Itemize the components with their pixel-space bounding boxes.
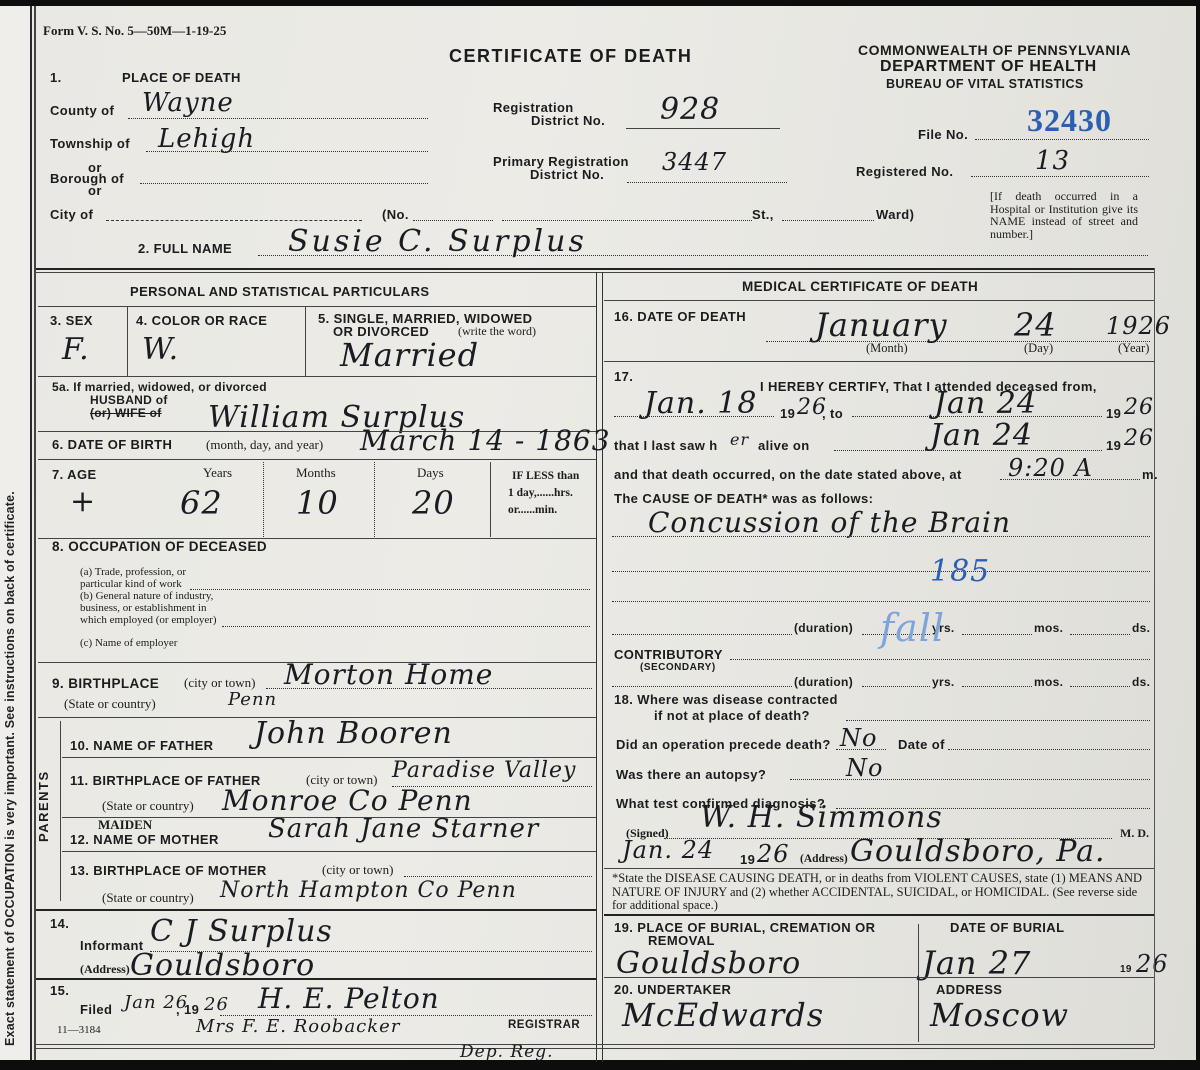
- row-line: [38, 306, 596, 307]
- birthplace-field[interactable]: Morton Home: [284, 658, 493, 691]
- registrar-label: REGISTRAR: [508, 1019, 580, 1031]
- street-number-field[interactable]: [413, 220, 493, 221]
- father-state-field[interactable]: Monroe Co Penn: [222, 784, 473, 817]
- margin-instructions: Exact statement of OCCUPATION is very im…: [0, 6, 32, 1060]
- occupation-label: 8. OCCUPATION OF DECEASED: [52, 539, 267, 554]
- full-name-label: 2. FULL NAME: [138, 241, 232, 256]
- hospital-note: [If death occurred in a Hospital or Inst…: [990, 190, 1138, 240]
- informant-address-label: (Address): [80, 962, 130, 977]
- cause-code-annotation: 185: [930, 554, 990, 589]
- burial-date-label: DATE OF BURIAL: [950, 920, 1064, 935]
- physician-signature[interactable]: W. H. Simmons: [700, 800, 943, 835]
- or-label-2: or: [88, 183, 102, 198]
- row-line: [604, 300, 1154, 301]
- row-line: [36, 909, 596, 911]
- duration-ds-field[interactable]: [1070, 634, 1130, 635]
- duration-ds-field-2[interactable]: [1070, 686, 1130, 687]
- city-label: City of: [50, 207, 93, 222]
- cause-line-2: [612, 571, 1150, 572]
- duration-mos-field[interactable]: [962, 634, 1032, 635]
- bottom-line-2: [36, 1048, 1154, 1049]
- cause-label: The CAUSE OF DEATH* was as follows:: [614, 491, 873, 506]
- mother-birthplace-field[interactable]: [404, 876, 592, 877]
- mother-birthplace-label: 13. BIRTHPLACE OF MOTHER: [70, 863, 267, 878]
- township-field[interactable]: Lehigh: [158, 124, 255, 154]
- township-label: Township of: [50, 136, 130, 151]
- frame-line: [34, 6, 36, 1060]
- row-line: [604, 868, 1154, 869]
- occupation-b-field[interactable]: [222, 626, 590, 627]
- informant-field[interactable]: C J Surplus: [150, 914, 333, 949]
- row-line: [38, 459, 596, 460]
- borough-field[interactable]: [140, 183, 428, 184]
- undertaker-address-label: ADDRESS: [936, 982, 1002, 997]
- burial-column-line: [918, 924, 919, 1042]
- column-line: [127, 306, 128, 376]
- occupation-b-label-2: business, or establishment in: [80, 602, 207, 614]
- occupation-a-label-1: (a) Trade, profession, or: [80, 566, 186, 578]
- duration-line: [612, 634, 792, 635]
- birthplace-state-label: (State or country): [64, 696, 156, 712]
- place-of-death-number: 1.: [50, 70, 62, 85]
- duration-yrs-field-2[interactable]: [862, 686, 930, 687]
- last-saw-label-2: alive on: [758, 438, 810, 453]
- row-line: [62, 851, 596, 852]
- attended-to-field[interactable]: Jan 24: [934, 386, 1037, 421]
- spouse-label-3: (or) WIFE of: [90, 406, 162, 420]
- autopsy-field[interactable]: No: [846, 754, 883, 782]
- age-months-label: Months: [296, 465, 336, 481]
- file-no-stamp: 32430: [1027, 102, 1112, 139]
- day-caption: (Day): [1024, 341, 1053, 356]
- parents-column-line: [60, 721, 61, 901]
- q18-label-1: 18. Where was disease contracted: [614, 692, 838, 707]
- undertaker-address-field[interactable]: Moscow: [930, 996, 1069, 1034]
- parents-side-label: PARENTS: [36, 770, 51, 842]
- occupation-a-field[interactable]: [190, 589, 590, 590]
- margin-note: Exact statement of OCCUPATION is very im…: [4, 491, 17, 1046]
- operation-label: Did an operation precede death?: [616, 737, 831, 752]
- cause-field[interactable]: Concussion of the Brain: [648, 506, 1011, 539]
- bottom-note: Dep. Reg.: [460, 1042, 554, 1062]
- q18-label-2: if not at place of death?: [654, 708, 810, 723]
- last-saw-date-field[interactable]: Jan 24: [930, 418, 1033, 453]
- age-less-label-2: 1 day,......hrs.: [508, 487, 573, 499]
- registered-no-field[interactable]: 13: [1035, 146, 1070, 176]
- certify-text: I HEREBY CERTIFY, That I attended deceas…: [760, 379, 1097, 394]
- county-field[interactable]: Wayne: [142, 88, 234, 118]
- registration-district-line: [626, 128, 780, 129]
- duration-mos-field-2[interactable]: [962, 686, 1032, 687]
- issuer-line-1: COMMONWEALTH OF PENNSYLVANIA: [858, 42, 1131, 58]
- spouse-label-2: HUSBAND of: [90, 393, 168, 407]
- filed-label: Filed: [80, 1002, 112, 1017]
- ward-field[interactable]: [782, 220, 874, 221]
- signed-year-prefix: 19: [740, 852, 755, 867]
- month-caption: (Month): [866, 341, 908, 356]
- column-line: [263, 462, 265, 537]
- attended-to-year-prefix: 19: [1106, 406, 1121, 421]
- dob-sublabel: (month, day, and year): [206, 437, 323, 453]
- occupation-a-label-2: particular kind of work: [80, 578, 182, 590]
- primary-district-label-2: District No.: [530, 167, 604, 182]
- death-time-suffix: m.: [1142, 467, 1158, 482]
- deputy-note: Mrs F. E. Roobacker: [196, 1016, 400, 1037]
- registration-district-label-2: District No.: [531, 113, 605, 128]
- occupation-b-label-1: (b) General nature of industry,: [80, 590, 213, 602]
- section-divider: [36, 268, 1154, 270]
- secondary-label: (SECONDARY): [640, 662, 716, 673]
- street-number-label: (No.: [382, 207, 409, 222]
- age-less-label-3: or......min.: [508, 504, 557, 516]
- ds-label: ds.: [1132, 621, 1150, 635]
- right-border: [1154, 268, 1155, 1048]
- contributory-field[interactable]: [730, 659, 1150, 660]
- age-days-field[interactable]: 20: [412, 484, 455, 522]
- page-title: CERTIFICATE OF DEATH: [449, 46, 692, 67]
- mother-state-field[interactable]: North Hampton Co Penn: [220, 878, 517, 903]
- age-label: 7. AGE: [52, 467, 97, 482]
- registered-no-line: [971, 176, 1149, 177]
- duration-label: (duration): [794, 621, 853, 635]
- sex-field[interactable]: F.: [62, 332, 90, 367]
- duration-line-2: [612, 686, 792, 687]
- form-number: Form V. S. No. 5—50M—1-19-25: [43, 23, 226, 39]
- issuer-line-2: DEPARTMENT OF HEALTH: [880, 58, 1097, 76]
- center-divider-2: [602, 272, 603, 1062]
- ward-label: Ward): [876, 207, 914, 222]
- center-divider: [596, 272, 597, 1062]
- registrar-signature[interactable]: H. E. Pelton: [258, 982, 440, 1015]
- physician-address-field[interactable]: Gouldsboro, Pa.: [850, 834, 1106, 869]
- cause-note-annotation: fall: [880, 606, 945, 650]
- sex-label: 3. SEX: [50, 313, 93, 328]
- burial-place-field[interactable]: Gouldsboro: [616, 946, 801, 981]
- registration-district-field[interactable]: 928: [660, 92, 720, 127]
- autopsy-label: Was there an autopsy?: [616, 767, 766, 782]
- mother-birthplace-sublabel: (city or town): [322, 862, 393, 878]
- section-divider-2: [36, 272, 1154, 273]
- signed-date-field[interactable]: Jan. 24: [622, 836, 714, 864]
- issuer-line-3: BUREAU OF VITAL STATISTICS: [886, 77, 1084, 91]
- age-years-label: Years: [203, 465, 232, 481]
- city-field[interactable]: [106, 220, 362, 221]
- column-line: [374, 462, 376, 537]
- filed-year-prefix: , 19: [176, 1002, 199, 1017]
- last-saw-year-field[interactable]: 26: [1124, 426, 1154, 451]
- street-field[interactable]: [502, 220, 752, 221]
- bottom-line: [36, 1044, 1154, 1045]
- father-label: 10. NAME OF FATHER: [70, 738, 213, 753]
- county-line: [128, 118, 428, 119]
- place-of-death-heading: PLACE OF DEATH: [122, 70, 241, 85]
- age-days-label: Days: [417, 465, 444, 481]
- death-time-label: and that death occurred, on the date sta…: [614, 467, 962, 482]
- attended-to-year-field[interactable]: 26: [1124, 395, 1154, 420]
- occupation-c-label: (c) Name of employer: [80, 637, 177, 649]
- operation-date-label: Date of: [898, 737, 945, 752]
- birthplace-state-field[interactable]: Penn: [228, 689, 277, 710]
- cause-line-3: [612, 601, 1150, 602]
- medical-heading: MEDICAL CERTIFICATE OF DEATH: [742, 279, 978, 294]
- q18-field[interactable]: [846, 720, 1150, 721]
- column-line: [490, 462, 491, 537]
- burial-year-prefix: 19: [1120, 964, 1132, 975]
- full-name-field[interactable]: Susie C. Surplus: [288, 224, 587, 259]
- physician-address-label: (Address): [800, 853, 848, 865]
- filing-number: 15.: [50, 983, 69, 998]
- signed-year-field[interactable]: 26: [757, 840, 790, 868]
- mother-label: 12. NAME OF MOTHER: [70, 832, 219, 847]
- marital-status-field[interactable]: Married: [340, 336, 479, 374]
- county-label: County of: [50, 103, 114, 118]
- burial-year-field[interactable]: 26: [1136, 950, 1169, 978]
- operation-date-field[interactable]: [948, 749, 1150, 750]
- undertaker-label: 20. UNDERTAKER: [614, 982, 731, 997]
- death-certificate: Exact statement of OCCUPATION is very im…: [0, 6, 1196, 1060]
- autopsy-line: [790, 779, 1150, 780]
- contributory-label: CONTRIBUTORY: [614, 647, 723, 662]
- cert-number: 17.: [614, 369, 633, 384]
- death-day-field[interactable]: 24: [1014, 306, 1057, 344]
- birthplace-label: 9. BIRTHPLACE: [52, 676, 159, 691]
- primary-district-field[interactable]: 3447: [662, 148, 727, 176]
- mother-maiden-label: MAIDEN: [98, 817, 152, 833]
- attended-from-field[interactable]: Jan. 18: [644, 386, 757, 421]
- age-mark: +: [70, 484, 96, 519]
- registered-no-label: Registered No.: [856, 164, 953, 179]
- occupation-b-label-3: which employed (or employer): [80, 614, 217, 626]
- last-saw-pronoun-field[interactable]: er: [730, 430, 749, 449]
- yrs-label-2: yrs.: [932, 675, 955, 689]
- md-label: M. D.: [1120, 826, 1149, 841]
- mother-state-label: (State or country): [102, 890, 194, 906]
- cause-line-1: [612, 536, 1150, 537]
- age-months-field[interactable]: 10: [296, 484, 339, 522]
- date-of-death-label: 16. DATE OF DEATH: [614, 309, 746, 324]
- row-line: [604, 361, 1154, 362]
- undertaker-field[interactable]: McEdwards: [622, 996, 824, 1034]
- row-line: [604, 977, 1154, 978]
- row-line: [36, 978, 596, 980]
- column-line: [305, 306, 306, 376]
- filed-year-field[interactable]: 26: [204, 994, 229, 1015]
- dob-label: 6. DATE OF BIRTH: [52, 437, 172, 452]
- file-no-label: File No.: [918, 127, 968, 142]
- operation-field[interactable]: No: [840, 724, 877, 752]
- dob-field[interactable]: March 14 - 1863: [360, 424, 611, 457]
- form-code: 11—3184: [57, 1024, 101, 1036]
- year-caption: (Year): [1118, 341, 1149, 356]
- age-less-label-1: IF LESS than: [512, 470, 579, 482]
- father-state-label: (State or country): [102, 798, 194, 814]
- cause-footnote: *State the DISEASE CAUSING DEATH, or in …: [612, 872, 1148, 913]
- duration-label-2: (duration): [794, 675, 853, 689]
- row-line: [604, 914, 1154, 916]
- row-line: [38, 376, 596, 377]
- ds-label-2: ds.: [1132, 675, 1150, 689]
- last-saw-label-1: that I last saw h: [614, 438, 718, 453]
- spouse-label-1: 5a. If married, widowed, or divorced: [52, 380, 267, 394]
- death-time-field[interactable]: 9:20 A: [1008, 454, 1093, 482]
- last-saw-year-prefix: 19: [1106, 438, 1121, 453]
- street-label: St.,: [752, 207, 774, 222]
- to-label: , to: [822, 406, 843, 421]
- age-years-field[interactable]: 62: [180, 484, 223, 522]
- father-field[interactable]: John Booren: [254, 716, 453, 751]
- informant-number: 14.: [50, 916, 69, 931]
- primary-district-line: [627, 182, 787, 183]
- mos-label: mos.: [1034, 621, 1063, 635]
- mother-field[interactable]: Sarah Jane Starner: [268, 814, 539, 844]
- personal-heading: PERSONAL AND STATISTICAL PARTICULARS: [130, 284, 429, 299]
- race-label: 4. COLOR OR RACE: [136, 313, 267, 328]
- mos-label-2: mos.: [1034, 675, 1063, 689]
- attended-from-year-prefix: 19: [780, 406, 795, 421]
- death-year-field[interactable]: 1926: [1106, 312, 1171, 340]
- death-month-field[interactable]: January: [815, 306, 948, 344]
- father-birthplace-field[interactable]: Paradise Valley: [392, 758, 577, 783]
- race-field[interactable]: W.: [142, 332, 179, 367]
- file-no-line: [975, 139, 1149, 140]
